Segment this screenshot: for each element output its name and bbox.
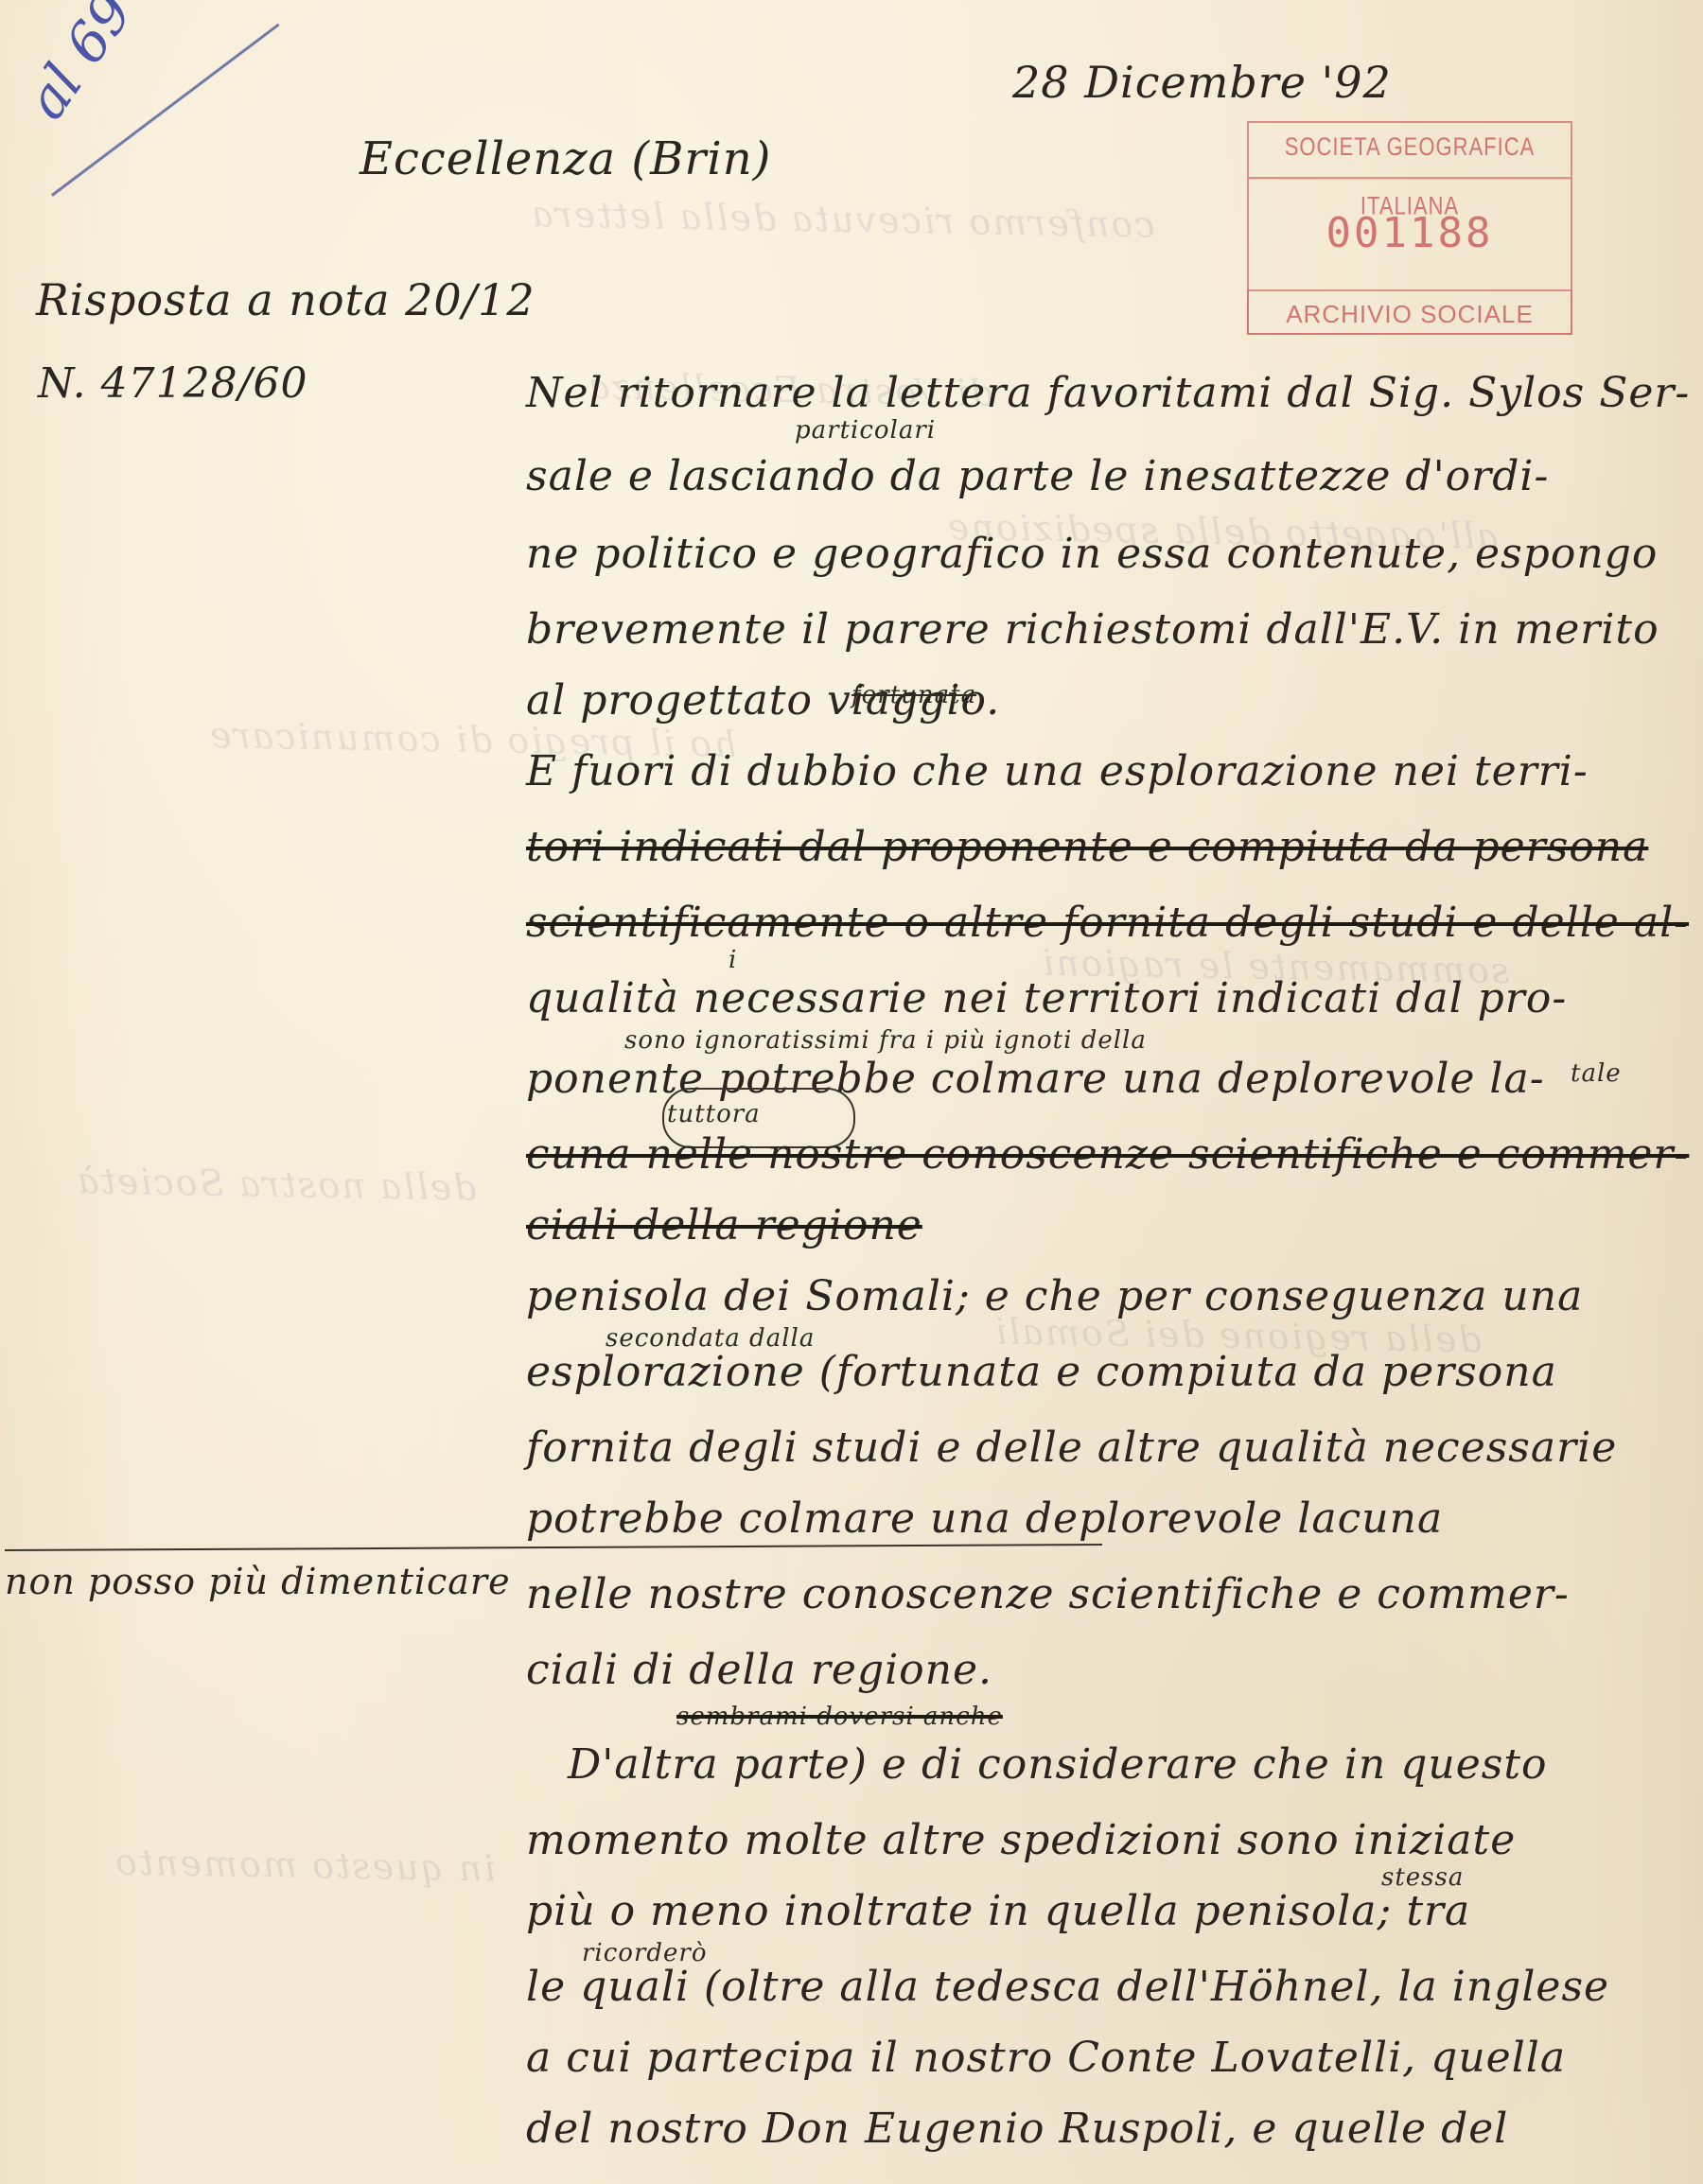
- body-line-3: ne politico e geografico in essa contenu…: [526, 530, 1658, 578]
- body-line-24: del nostro Don Eugenio Ruspoli, e quelle…: [526, 2105, 1508, 2153]
- body-line-4: brevemente il parere richiestomi dall'E.…: [526, 605, 1659, 654]
- body-line-6: E fuori di dubbio che una esplorazione n…: [526, 747, 1589, 795]
- bleed-text: in questo momento: [114, 1841, 496, 1889]
- body-line-11-struck: cuna nelle nostre conoscenze scientifich…: [526, 1130, 1689, 1179]
- bleed-text: confermo ricevuta della lettera: [530, 193, 1155, 246]
- body-line-23: a cui partecipa il nostro Conte Lovatell…: [526, 2034, 1566, 2082]
- reference-number: N. 47128/60: [38, 359, 307, 408]
- body-line-12-struck: ciali della regione: [526, 1201, 922, 1249]
- body-line-8-struck: scientificamente o altre fornita degli s…: [526, 899, 1689, 947]
- stamp-department: ARCHIVIO SOCIALE: [1247, 289, 1572, 335]
- body-line-18: ciali di della regione.: [526, 1646, 992, 1694]
- letter-date: 28 Dicembre '92: [1012, 57, 1392, 108]
- body-line-1: Nel ritornare la lettera favoritami dal …: [526, 369, 1690, 417]
- insertion-particolari: particolari: [795, 416, 936, 445]
- body-line-19: D'altra parte) e di considerare che in q…: [568, 1740, 1548, 1789]
- reference-note: Risposta a nota 20/12: [36, 274, 535, 325]
- body-line-20: momento molte altre spedizioni sono iniz…: [526, 1816, 1516, 1864]
- body-line-17: nelle nostre conoscenze scientifiche e c…: [526, 1570, 1570, 1618]
- body-line-7-struck: tori indicati dal proponente e compiuta …: [526, 823, 1648, 871]
- bleed-text: della nostra Società: [76, 1160, 477, 1208]
- body-line-2: sale e lasciando da parte le inesattezze…: [526, 452, 1549, 500]
- pencil-archive-mark: al 69: [13, 0, 145, 131]
- body-line-22: le quali (oltre alla tedesca dell'Höhnel…: [526, 1963, 1609, 2011]
- margin-connector-line: [5, 1544, 1102, 1551]
- archive-stamp: SOCIETA GEOGRAFICA ITALIANA 001188 ARCHI…: [1247, 121, 1572, 335]
- insertion-tale: tale: [1571, 1059, 1622, 1088]
- body-line-16: potrebbe colmare una deplorevole lacuna: [526, 1494, 1443, 1543]
- body-line-14: esplorazione (fortunata e compiuta da pe…: [526, 1348, 1557, 1396]
- body-line-15: fornita degli studi e delle altre qualit…: [526, 1424, 1617, 1472]
- body-line-13: penisola dei Somali; e che per conseguen…: [526, 1272, 1583, 1320]
- letter-page: confermo ricevuta della lettera di Vostr…: [0, 0, 1703, 2184]
- body-line-9: qualità necessarie nei territori indicat…: [526, 974, 1567, 1022]
- insertion-fortunata: fortunata: [851, 681, 976, 709]
- insertion-sono-ignoratissimi: sono ignoratissimi fra i più ignoti dell…: [624, 1026, 1147, 1055]
- insertion-sembrami: sembrami doversi anche: [676, 1703, 1003, 1731]
- margin-insertion: non posso più dimenticare: [5, 1561, 511, 1602]
- insertion-tuttora: tuttora: [667, 1100, 761, 1128]
- body-line-21: più o meno inoltrate in quella penisola;…: [526, 1887, 1470, 1935]
- insertion-i: i: [729, 946, 737, 974]
- body-line-6-text: E fuori di dubbio che una esplorazione n…: [526, 747, 1589, 795]
- addressee: Eccellenza (Brin): [360, 132, 771, 185]
- stamp-institution: SOCIETA GEOGRAFICA ITALIANA: [1249, 118, 1571, 180]
